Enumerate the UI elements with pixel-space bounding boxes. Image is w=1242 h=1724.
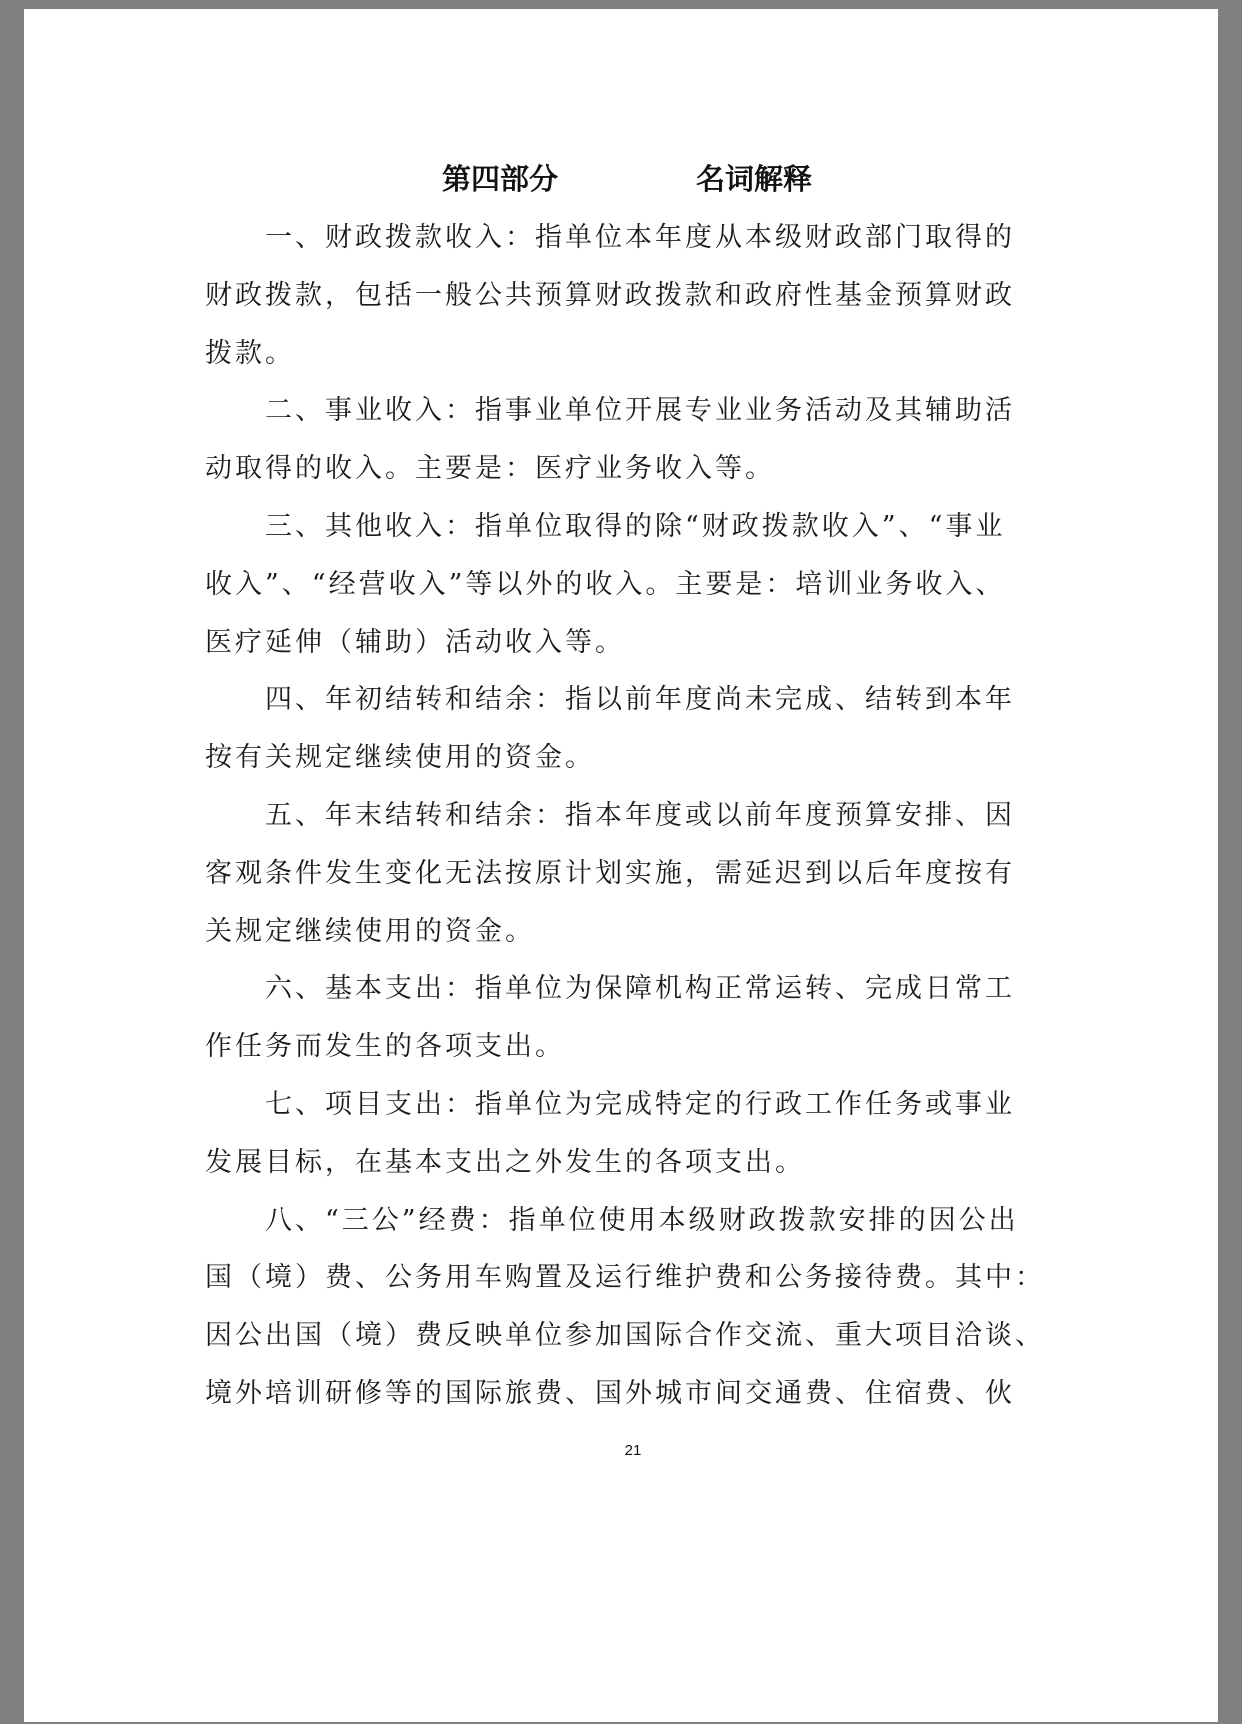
section-6-line-2: 作任务而发生的各项支出。 bbox=[205, 1027, 1025, 1085]
section-8-line-3: 因公出国（境）费反映单位参加国际合作交流、重大项目洽谈、 bbox=[205, 1316, 1025, 1374]
document-page: 第四部分 名词解释 一、财政拨款收入：指单位本年度从本级财政部门取得的 财政拨款… bbox=[24, 9, 1218, 1722]
title-name: 名词解释 bbox=[696, 157, 812, 198]
section-1-line-3: 拨款。 bbox=[205, 334, 1025, 392]
section-1-line-2: 财政拨款，包括一般公共预算财政拨款和政府性基金预算财政 bbox=[205, 276, 1025, 334]
section-2-line-2: 动取得的收入。主要是：医疗业务收入等。 bbox=[205, 449, 1025, 507]
section-5-line-2: 客观条件发生变化无法按原计划实施，需延迟到以后年度按有 bbox=[205, 854, 1025, 912]
section-7-line-2: 发展目标，在基本支出之外发生的各项支出。 bbox=[205, 1143, 1025, 1201]
section-8-line-1: 八、“三公”经费：指单位使用本级财政拨款安排的因公出 bbox=[205, 1201, 1025, 1259]
section-6-line-1: 六、基本支出：指单位为保障机构正常运转、完成日常工 bbox=[205, 969, 1025, 1027]
section-5-line-1: 五、年末结转和结余：指本年度或以前年度预算安排、因 bbox=[205, 796, 1025, 854]
section-3-line-1: 三、其他收入：指单位取得的除“财政拨款收入”、“事业 bbox=[205, 507, 1025, 565]
glossary-body: 一、财政拨款收入：指单位本年度从本级财政部门取得的 财政拨款，包括一般公共预算财… bbox=[205, 218, 1025, 1432]
section-4-line-1: 四、年初结转和结余：指以前年度尚未完成、结转到本年 bbox=[205, 680, 1025, 738]
section-4-line-2: 按有关规定继续使用的资金。 bbox=[205, 738, 1025, 796]
page-number: 21 bbox=[24, 1442, 1218, 1459]
section-8-line-2: 国（境）费、公务用车购置及运行维护费和公务接待费。其中： bbox=[205, 1258, 1025, 1316]
section-7-line-1: 七、项目支出：指单位为完成特定的行政工作任务或事业 bbox=[205, 1085, 1025, 1143]
section-8-line-4: 境外培训研修等的国际旅费、国外城市间交通费、住宿费、伙 bbox=[205, 1374, 1025, 1432]
section-1-line-1: 一、财政拨款收入：指单位本年度从本级财政部门取得的 bbox=[205, 218, 1025, 276]
section-5-line-3: 关规定继续使用的资金。 bbox=[205, 912, 1025, 970]
section-2-line-1: 二、事业收入：指事业单位开展专业业务活动及其辅助活 bbox=[205, 391, 1025, 449]
page-title: 第四部分 名词解释 bbox=[24, 157, 1218, 201]
title-part: 第四部分 bbox=[442, 157, 558, 198]
section-3-line-3: 医疗延伸（辅助）活动收入等。 bbox=[205, 623, 1025, 681]
section-3-line-2: 收入”、“经营收入”等以外的收入。主要是：培训业务收入、 bbox=[205, 565, 1025, 623]
